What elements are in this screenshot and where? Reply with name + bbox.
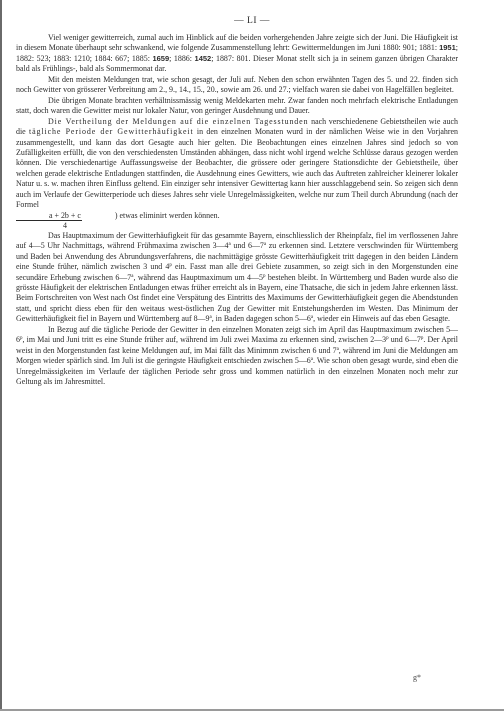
text-run: , in Baden dagegen schon 5—6: [212, 314, 311, 323]
paragraph-july: Mit den meisten Meldungen trat, wie scho…: [16, 75, 458, 96]
text-run: , im Mai und Juni tritt es eine Stunde f…: [22, 335, 386, 344]
bold-count-1881: 1951: [439, 43, 456, 52]
text-run: ) etwas eliminirt werden können.: [83, 211, 220, 221]
scan-left-edge: [0, 0, 2, 711]
bold-count-1885: 1659: [152, 54, 169, 63]
paragraph-distribution: Die Vertheilung der Meldungen auf die ei…: [16, 117, 458, 211]
formula-line: a + 2b + c4) etwas eliminirt werden könn…: [16, 211, 458, 231]
bold-count-1886: 1452: [195, 54, 212, 63]
formula-fraction: a + 2b + c4: [16, 211, 82, 231]
text-run: und 6—7: [231, 241, 264, 250]
formula-numerator: a + 2b + c: [16, 211, 82, 221]
text-run: in den einzelnen Monaten wurd in der näm…: [16, 127, 458, 209]
text-run: Viel weniger gewitterreich, zumal auch i…: [16, 33, 458, 52]
page-number: — LI —: [0, 16, 504, 26]
paragraph-main-maximum: Das Hauptmaximum der Gewitterhäufigkeit …: [16, 231, 458, 325]
text-run: ; 1886:: [169, 54, 194, 63]
spaced-emphasis: Die Vertheilung der Meldungen auf die ei…: [48, 117, 308, 126]
text-run: , während das Hauptmaximum um 4—5: [133, 273, 263, 282]
paragraph-daily-period: In Bezug auf die tägliche Periode der Ge…: [16, 325, 458, 388]
body-text: Viel weniger gewitterreich, zumal auch i…: [16, 33, 458, 388]
formula-denominator: 4: [31, 221, 67, 231]
paragraph-june: Viel weniger gewitterreich, zumal auch i…: [16, 33, 458, 75]
text-run: , wieder ein Hinweis auf das eben Gesagt…: [313, 314, 450, 323]
printer-signature-mark: g*: [413, 673, 421, 682]
spaced-emphasis: tägliche Periode der Gewitterhäufigkeit: [29, 127, 194, 136]
paragraph-other-months: Die übrigen Monate brachten verhältnissm…: [16, 96, 458, 117]
text-run: und 6—7: [389, 335, 421, 344]
